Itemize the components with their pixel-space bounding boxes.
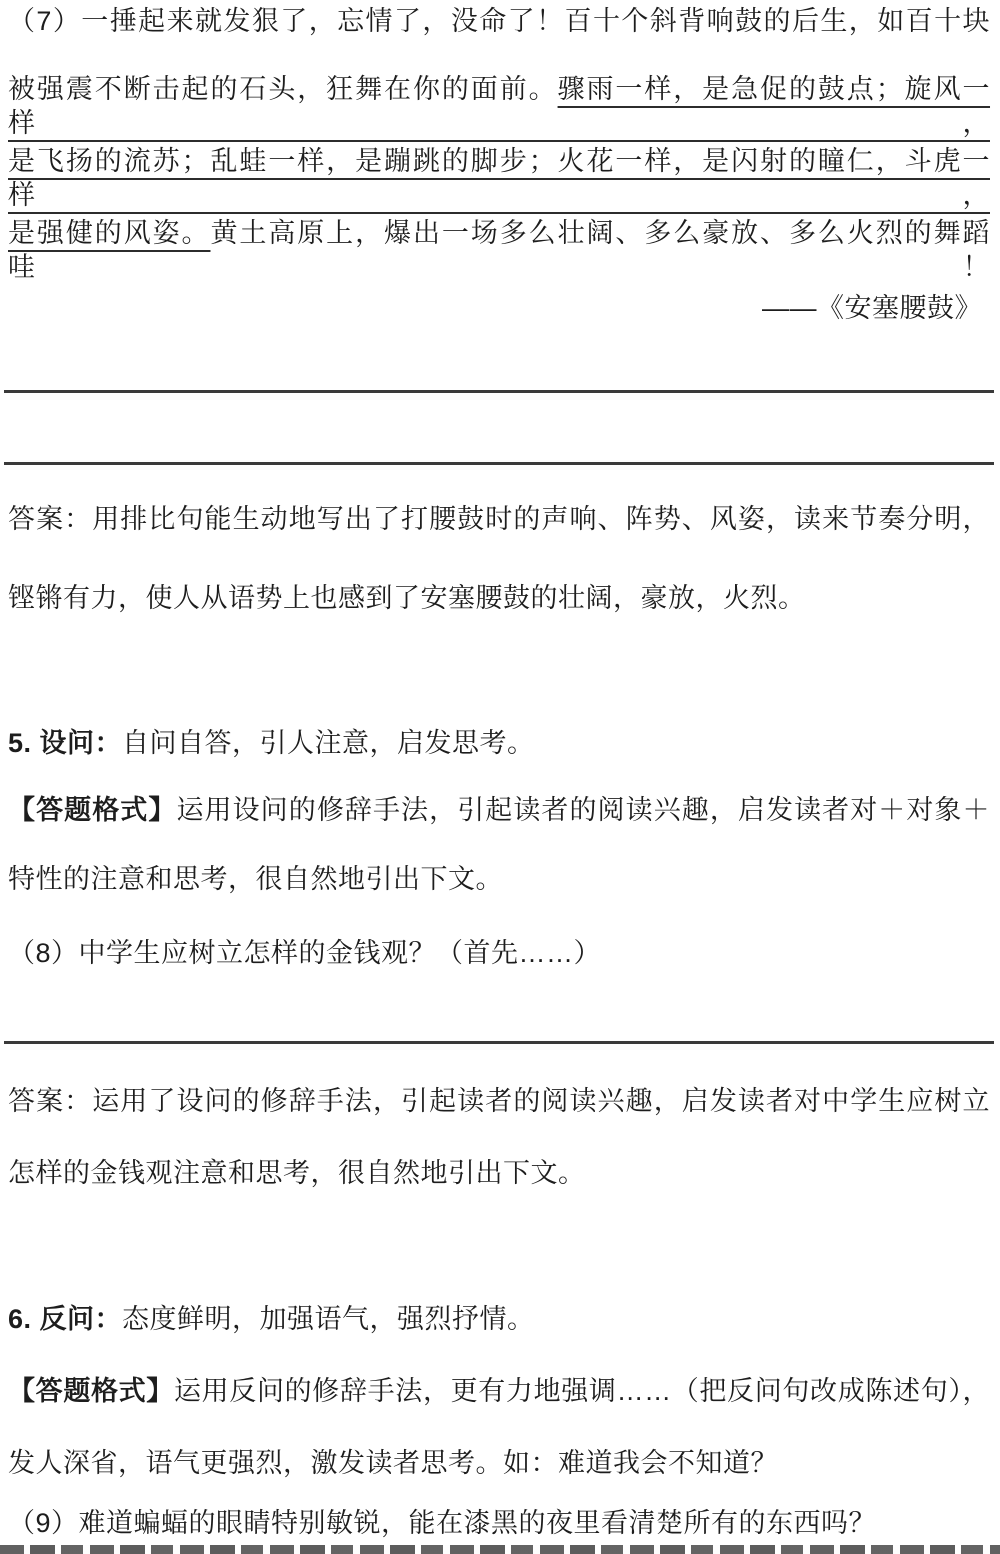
- underlined-text: 是强健的风姿。: [8, 218, 210, 248]
- passage-line: 被强震不断击起的石头，狂舞在你的面前。骤雨一样，是急促的鼓点；旋风一样，: [8, 72, 990, 140]
- worksheet-page: （7）一捶起来就发狠了，忘情了，没命了！百十个斜背响鼓的后生，如百十块 被强震不…: [0, 0, 1000, 1554]
- passage-line: （7）一捶起来就发狠了，忘情了，没命了！百十个斜背响鼓的后生，如百十块: [8, 4, 990, 38]
- passage-text: （7）一捶起来就发狠了，忘情了，没命了！百十个斜背响鼓的后生，如百十块: [8, 6, 990, 36]
- format-tag: 【答题格式】: [8, 795, 176, 825]
- attribution: ——《安塞腰鼓》: [8, 291, 990, 325]
- answer-rule: [4, 1041, 994, 1044]
- section-number-label: 5. 设问：: [8, 728, 122, 758]
- format-line: 【答题格式】运用设问的修辞手法，引起读者的阅读兴趣，启发读者对＋对象＋: [8, 793, 990, 827]
- format-text: 运用反问的修辞手法，更有力地强调……（把反问句改成陈述句），: [174, 1376, 990, 1406]
- answer-rule: [4, 390, 994, 393]
- format-tag: 【答题格式】: [8, 1376, 174, 1406]
- answer-line: 答案：运用了设问的修辞手法，引起读者的阅读兴趣，启发读者对中学生应树立: [8, 1084, 990, 1118]
- format-line: 发人深省，语气更强烈，激发读者思考。如：难道我会不知道？: [8, 1446, 990, 1480]
- underlined-text: 是飞扬的流苏；乱蛙一样，是蹦跳的脚步；火花一样，是闪射的瞳仁，斗虎一样，: [8, 146, 990, 210]
- passage-text: 被强震不断击起的石头，狂舞在你的面前。: [8, 74, 558, 104]
- passage-line: 是飞扬的流苏；乱蛙一样，是蹦跳的脚步；火花一样，是闪射的瞳仁，斗虎一样，: [8, 144, 990, 212]
- section-desc: 态度鲜明，加强语气，强烈抒情。: [122, 1304, 535, 1334]
- answer-line: 答案：用排比句能生动地写出了打腰鼓时的声响、阵势、风姿，读来节奏分明，: [8, 502, 990, 536]
- format-text: 运用设问的修辞手法，引起读者的阅读兴趣，启发读者对＋对象＋: [176, 795, 990, 825]
- answer-rule: [4, 462, 994, 465]
- cutoff-text-band: [0, 1545, 1000, 1554]
- section-desc: 自问自答，引人注意，启发思考。: [122, 728, 535, 758]
- format-line: 特性的注意和思考，很自然地引出下文。: [8, 862, 990, 896]
- answer-line: 铿锵有力，使人从语势上也感到了安塞腰鼓的壮阔，豪放，火烈。: [8, 581, 990, 615]
- example-line: （8）中学生应树立怎样的金钱观？（首先……）: [8, 936, 990, 970]
- section-heading: 6. 反问：态度鲜明，加强语气，强烈抒情。: [8, 1302, 990, 1336]
- section-heading: 5. 设问：自问自答，引人注意，启发思考。: [8, 726, 990, 760]
- example-line: （9）难道蝙蝠的眼睛特别敏锐，能在漆黑的夜里看清楚所有的东西吗？: [8, 1506, 990, 1540]
- passage-line: 是强健的风姿。黄土高原上，爆出一场多么壮阔、多么豪放、多么火烈的舞蹈哇！: [8, 216, 990, 284]
- section-number-label: 6. 反问：: [8, 1304, 122, 1334]
- answer-line: 怎样的金钱观注意和思考，很自然地引出下文。: [8, 1156, 990, 1190]
- format-line: 【答题格式】运用反问的修辞手法，更有力地强调……（把反问句改成陈述句），: [8, 1374, 990, 1408]
